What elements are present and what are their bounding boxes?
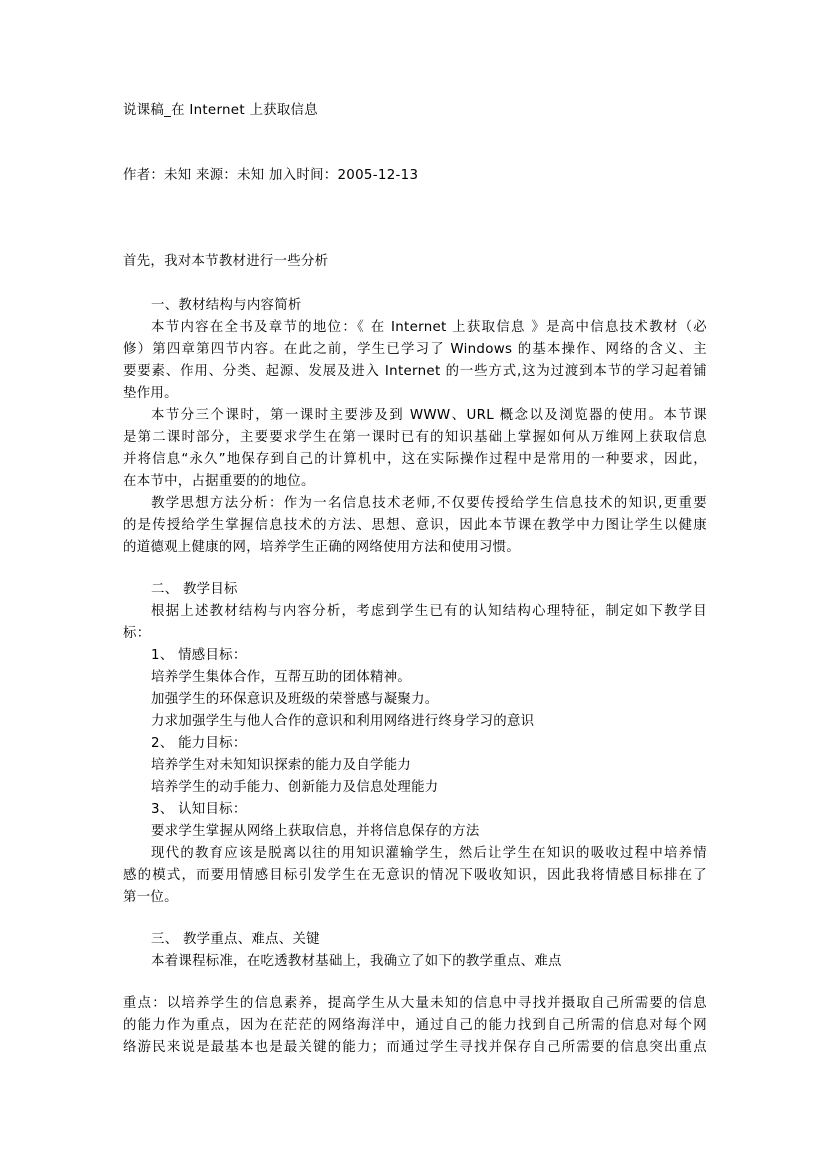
paragraph-line: 感的模式，而要用情感目标引发学生在无意识的情况下吸收知识，因此我将情感目标排在了	[123, 865, 707, 887]
paragraph-line: 修）第四章第四节内容。在此之前，学生已学习了 Windows 的基本操作、网络的…	[123, 339, 707, 361]
paragraph-line: 络游民来说是最基本也是最关键的能力；而通过学生寻找并保存自己所需要的信息突出重点	[123, 1037, 707, 1059]
goal-label: 1、 情感目标：	[151, 645, 247, 667]
goal-label: 2、 能力目标：	[151, 733, 247, 755]
paragraph-line: 根据上述教材结构与内容分析，考虑到学生已有的认知结构心理特征，制定如下教学目	[151, 601, 707, 623]
goal-item: 培养学生集体合作，互帮互助的团体精神。	[151, 667, 411, 689]
goal-item: 加强学生的环保意识及班级的荣誉感与凝聚力。	[151, 689, 439, 711]
paragraph-line: 的道德观上健康的网，培养学生正确的网络使用方法和使用习惯。	[123, 537, 520, 559]
paragraph-line: 教学思想方法分析：作为一名信息技术老师,不仅要传授给学生信息技术的知识,更重要	[151, 493, 707, 515]
paragraph-line: 要要素、作用、分类、起源、发展及进入 Internet 的一些方式,这为过渡到本…	[123, 361, 707, 383]
paragraph-line: 的能力作为重点，因为在茫茫的网络海洋中，通过自己的能力找到自己所需的信息对每个网	[123, 1015, 707, 1037]
goal-item: 力求加强学生与他人合作的意识和利用网络进行终身学习的意识	[151, 711, 534, 733]
paragraph-line: 本节内容在全书及章节的地位：《 在 Internet 上获取信息 》是高中信息技…	[151, 317, 707, 339]
paragraph-line: 本节分三个课时，第一课时主要涉及到 WWW、URL 概念以及浏览器的使用。本节课	[151, 405, 707, 427]
paragraph-line: 的是传授给学生掌握信息技术的方法、思想、意识，因此本节课在教学中力图让学生以健康	[123, 515, 707, 537]
paragraph-line: 标：	[123, 623, 150, 645]
goal-label: 3、 认知目标：	[151, 799, 247, 821]
goal-item: 培养学生对未知知识探索的能力及自学能力	[151, 755, 411, 777]
paragraph-line: 第一位。	[123, 887, 178, 909]
intro-text: 首先，我对本节教材进行一些分析	[123, 251, 328, 273]
paragraph-line: 是第二课时部分，主要要求学生在第一课时已有的知识基础上掌握如何从万维网上获取信息	[123, 427, 707, 449]
paragraph-line: 重点：以培养学生的信息素养，提高学生从大量未知的信息中寻找并摄取自己所需要的信息	[123, 993, 707, 1015]
paragraph-line: 在本节中，占据重要的的地位。	[123, 471, 315, 493]
paragraph-line: 垫作用。	[123, 383, 178, 405]
goal-item: 要求学生掌握从网络上获取信息，并将信息保存的方法	[151, 821, 480, 843]
document-title: 说课稿_在 Internet 上获取信息	[123, 100, 318, 122]
section3-heading: 三、 教学重点、难点、关键	[151, 929, 320, 951]
section2-heading: 二、 教学目标	[151, 579, 238, 601]
paragraph-line: 现代的教育应该是脱离以往的用知识灌输学生，然后让学生在知识的吸收过程中培养情	[151, 843, 707, 865]
section1-heading: 一、教材结构与内容简析	[151, 295, 302, 317]
paragraph-line: 本着课程标准，在吃透教材基础上，我确立了如下的教学重点、难点	[151, 951, 562, 973]
paragraph-line: 并将信息“永久”地保存到自己的计算机中，这在实际操作过程中是常用的一种要求，因此…	[123, 449, 707, 471]
goal-item: 培养学生的动手能力、创新能力及信息处理能力	[151, 777, 439, 799]
document-meta: 作者：未知 来源：未知 加入时间：2005-12-13	[123, 165, 418, 187]
